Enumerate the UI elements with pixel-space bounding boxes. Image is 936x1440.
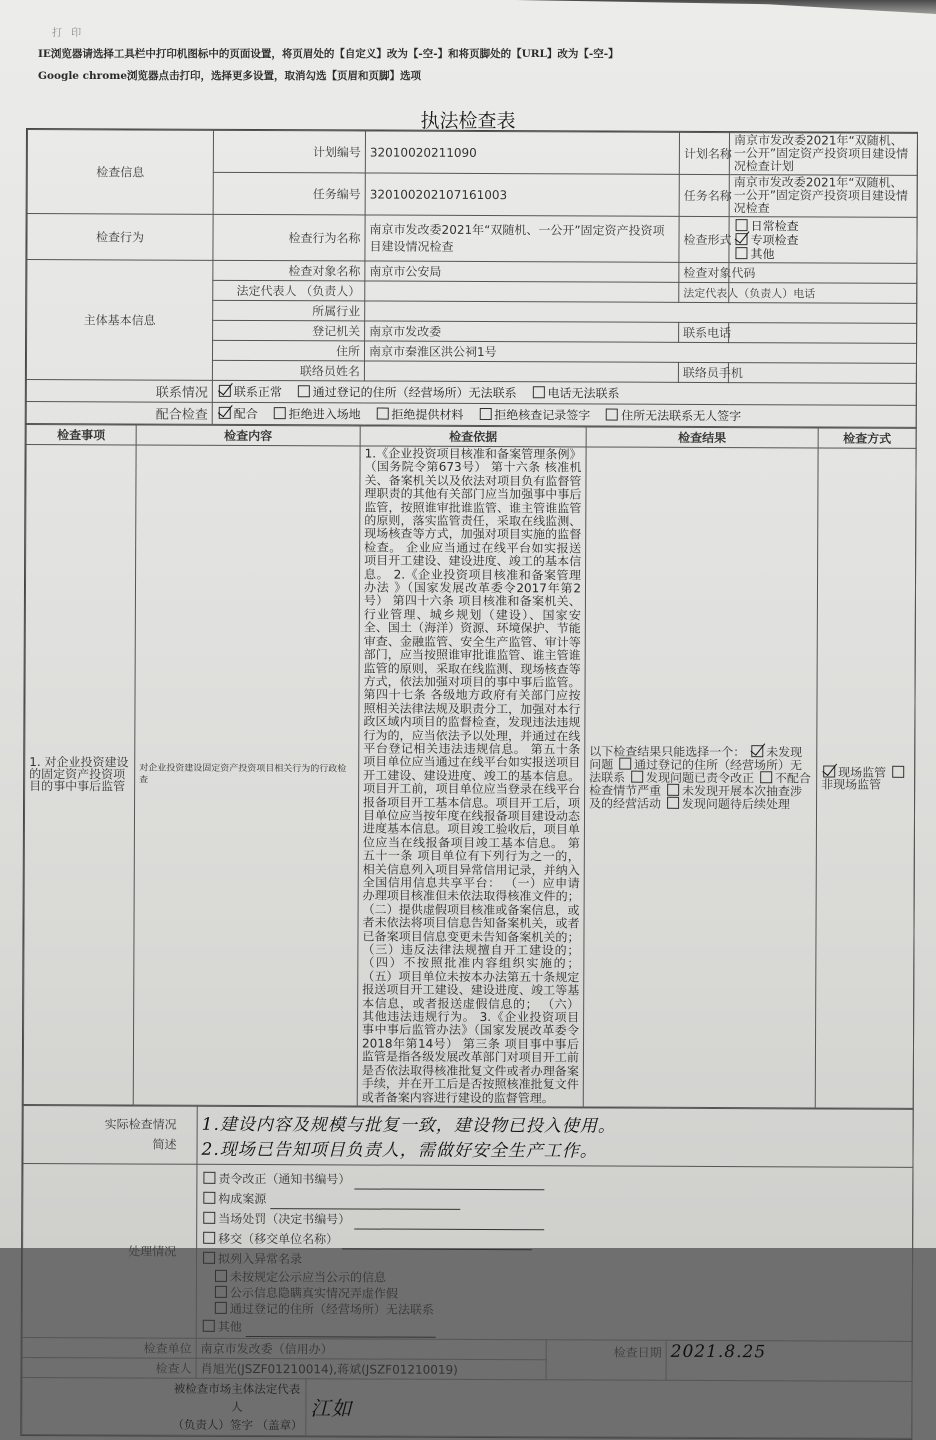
table-row: 1. 对企业投资建设的固定资产投资项目的事中事后监管 对企业投资建设固定资产投资… (23, 445, 916, 1109)
contact-option-address-unreachable[interactable]: 通过登记的住所（经营场所）无法联系 (296, 385, 517, 400)
contact-status-options: 联系正常 通过登记的住所（经营场所）无法联系 电话无法联系 (212, 380, 916, 405)
checkbox-onsite[interactable] (823, 765, 835, 777)
situation-line-1: 1.建设内容及规模与批复一致，建设物已投入使用。 (202, 1110, 909, 1138)
handling-option-transfer[interactable]: 移交（移交单位名称） (201, 1229, 908, 1248)
checkbox-rectify[interactable] (203, 1172, 215, 1184)
coop-option-refuse-entry[interactable]: 拒绝进入场地 (272, 407, 361, 421)
coop-option-refuse-sign[interactable]: 拒绝核查记录签字 (477, 408, 590, 422)
chrome-print-instruction: Google chrome浏览器点击打印，选择更多设置，取消勾选【页眉和页脚】选… (38, 68, 421, 83)
checkbox-result-unreachable[interactable] (619, 758, 631, 770)
col-header-result: 检查结果 (586, 427, 818, 448)
address-label: 住所 (212, 340, 364, 361)
legal-rep-phone-label: 法定代表人（负责人）电话 (679, 282, 729, 302)
task-name-value: 南京市发改委2021年“双随机、一公开”固定资产投资项目建设情况检查 (729, 175, 917, 218)
ie-print-instruction: IE浏览器请选择工具栏中打印机图标中的页面设置，将页眉处的【自定义】改为【-空-… (38, 46, 619, 61)
inspection-form-label: 检查形式 (679, 216, 729, 262)
enforcement-inspection-form: 检查信息 计划编号 32010020211090 计划名称 南京市发改委2021… (20, 128, 918, 1248)
section-inspection-info: 检查信息 (27, 130, 213, 215)
liaison-name-value (364, 361, 678, 382)
cooperation-options: 配合 拒绝进入场地 拒绝提供材料 拒绝核查记录签字 住所无法联系无人签字 (212, 402, 916, 427)
form-paper: 打 印 IE浏览器请选择工具栏中打印机图标中的页面设置，将页眉处的【自定义】改为… (0, 0, 936, 1248)
result-table: 实际检查情况 简述 1.建设内容及规模与批复一致，建设物已投入使用。 2.现场已… (21, 1105, 913, 1248)
situation-line-2: 2.现场已告知项目负责人，需做好安全生产工作。 (201, 1135, 908, 1163)
checkbox-penalty[interactable] (203, 1212, 215, 1224)
act-name-value: 南京市发改委2021年“双随机、一公开”固定资产投资项目建设情况检查 (365, 215, 679, 262)
coop-option-no-signer[interactable]: 住所无法联系无人签字 (604, 409, 741, 424)
contact-phone-value (729, 323, 917, 344)
section-subject-info: 主体基本信息 (26, 260, 213, 381)
task-name-label: 任务名称 (679, 174, 729, 216)
plan-name-label: 计划名称 (679, 132, 729, 174)
checkbox-special[interactable] (736, 233, 748, 245)
industry-label: 所属行业 (213, 300, 365, 321)
form-option-routine[interactable]: 日常检查 (734, 219, 913, 234)
item-result: 以下检查结果只能选择一个： 未发现问题 通过登记的住所（经营场所）无法联系 发现… (583, 447, 818, 1108)
legal-rep-value (365, 281, 679, 302)
coop-option-cooperate[interactable]: 配合 (217, 407, 258, 421)
checkbox-offsite[interactable] (892, 766, 904, 778)
reg-authority-value: 南京市发改委 (365, 321, 679, 342)
liaison-mobile-label: 联络员手机 (678, 362, 728, 382)
task-no-label: 任务编号 (213, 172, 365, 215)
item-method: 现场监管 非现场监管 (815, 448, 916, 1108)
inspection-items-table: 检查事项 检查内容 检查依据 检查结果 检查方式 1. 对企业投资建设的固定资产… (23, 424, 917, 1109)
print-label[interactable]: 打 印 (52, 24, 84, 39)
reg-authority-label: 登记机关 (213, 320, 365, 341)
penalty-decision-no-field[interactable] (354, 1218, 544, 1230)
object-code-label: 检查对象代码 (679, 262, 729, 282)
plan-no-label: 计划编号 (213, 130, 365, 173)
contact-option-phone-unreachable[interactable]: 电话无法联系 (531, 386, 620, 400)
section-inspection-act: 检查行为 (27, 214, 213, 261)
address-value: 南京市秦淮区洪公祠1号 (365, 341, 917, 363)
form-option-other[interactable]: 其他 (733, 247, 912, 262)
contact-option-normal[interactable]: 联系正常 (217, 385, 282, 399)
checkbox-result-uncooperative[interactable] (760, 771, 772, 783)
plan-name-value: 南京市发改委2021年“双随机、一公开”固定资产投资项目建设情况检查计划 (729, 133, 917, 176)
info-table: 检查信息 计划编号 32010020211090 计划名称 南京市发改委2021… (26, 129, 918, 428)
checkbox-contact-normal[interactable] (219, 385, 231, 397)
checkbox-no-signer[interactable] (606, 409, 618, 421)
transfer-unit-field[interactable] (342, 1238, 532, 1248)
checkbox-refuse-materials[interactable] (376, 408, 388, 420)
col-header-item: 检查事项 (26, 425, 136, 445)
item-basis: 1.《企业投资项目核准和备案管理条例》（国务院令第673号） 第十六条 核准机关… (357, 446, 586, 1107)
cooperation-label: 配合检查 (26, 402, 212, 425)
plan-no-value: 32010020211090 (365, 131, 679, 174)
liaison-name-label: 联络员姓名 (212, 360, 364, 381)
checkbox-address-unreachable[interactable] (298, 385, 310, 397)
checkbox-refuse-sign[interactable] (479, 408, 491, 420)
contact-phone-label: 联系电话 (679, 322, 729, 342)
legal-rep-label: 法定代表人 （负责人） (213, 280, 365, 301)
checkbox-no-problem[interactable] (751, 745, 763, 757)
object-name-label: 检查对象名称 (213, 260, 365, 281)
coop-option-refuse-materials[interactable]: 拒绝提供材料 (374, 408, 463, 422)
col-header-basis: 检查依据 (360, 426, 586, 447)
object-name-value: 南京市公安局 (365, 261, 679, 282)
checkbox-result-corrected[interactable] (631, 771, 643, 783)
checkbox-result-pending[interactable] (667, 797, 679, 809)
checkbox-transfer[interactable] (203, 1232, 215, 1244)
checkbox-refuse-entry[interactable] (274, 407, 286, 419)
contact-status-label: 联系情况 (26, 380, 212, 403)
page-shadow (516, 0, 936, 14)
col-header-method: 检查方式 (818, 428, 916, 448)
checkbox-other[interactable] (735, 247, 747, 259)
act-name-label: 检查行为名称 (213, 214, 365, 261)
checkbox-case[interactable] (203, 1192, 215, 1204)
industry-value (365, 301, 917, 323)
checkbox-phone-unreachable[interactable] (533, 386, 545, 398)
liaison-mobile-value (728, 363, 916, 384)
form-option-special[interactable]: 专项检查 (734, 233, 913, 248)
actual-situation-label: 实际检查情况 简述 (23, 1105, 197, 1164)
item-content: 对企业投资建设固定资产投资项目相关行为的行政检查 (133, 445, 360, 1106)
task-no-value: 320100202107161003 (365, 173, 679, 216)
item-name: 1. 对企业投资建设的固定资产投资项目的事中事后监管 (23, 445, 136, 1105)
rectify-notice-no-field[interactable] (354, 1178, 544, 1190)
inspection-form-options: 日常检查 专项检查 其他 (729, 217, 917, 264)
col-header-content: 检查内容 (136, 425, 360, 446)
handling-label: 处理情况 (22, 1163, 197, 1248)
checkbox-result-no-activity[interactable] (667, 784, 679, 796)
actual-situation-text: 1.建设内容及规模与批复一致，建设物已投入使用。 2.现场已告知项目负责人，需做… (197, 1106, 913, 1167)
handling-options: 责令改正（通知书编号） 构成案源 当场处罚（决定书编号） 移交（移交单位名称） … (196, 1164, 913, 1248)
case-field[interactable] (270, 1198, 460, 1210)
checkbox-cooperate[interactable] (219, 407, 231, 419)
object-code-value (729, 263, 917, 284)
